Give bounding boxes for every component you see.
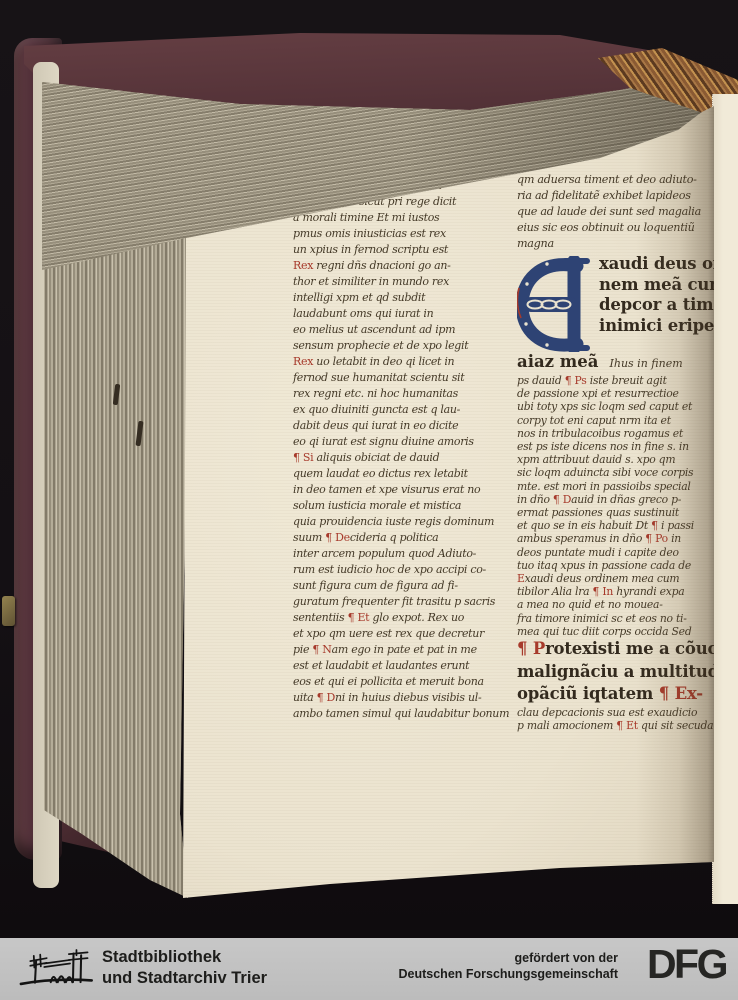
manuscript-text-line: rex regni etc. ni hoc humanitas: [293, 386, 489, 402]
psalm-continuation-line: aiaz meã Ihus in finem: [517, 352, 717, 374]
brass-clasp-remnant: [2, 596, 15, 626]
manuscript-text-line: est et laudabit et laudantes erunt: [293, 658, 489, 674]
manuscript-text-line: Rex regni dñs dnacioni go an-: [293, 258, 489, 274]
manuscript-text-line: solum iusticia morale et mistica: [293, 498, 489, 514]
funding-credit: gefördert von der Deutschen Forschungsge…: [399, 951, 619, 982]
psalm-large-line: opãciũ iqtatem ¶ Ex-: [517, 683, 717, 706]
manuscript-text-line: ¶ Si aliquis obiciat de dauid: [293, 450, 489, 466]
library-name-line2: und Stadtarchiv Trier: [102, 968, 267, 989]
manuscript-text-line: sunt figura cum de figura ad fi-: [293, 578, 489, 594]
manuscript-text-line: a morali timine Et mi iustos: [293, 210, 489, 226]
manuscript-text-line: nos in tribulacoibus rogamus et: [517, 427, 717, 440]
manuscript-text-line: ria ad fidelitatẽ exhibet lapideos: [517, 188, 717, 204]
manuscript-text-line: rum est iudicio hoc de xpo accipi co-: [293, 562, 489, 578]
manuscript-text-line: eo qi iurat est signu diuine amoris: [293, 434, 489, 450]
manuscript-text-line: ps dauid ¶ Ps iste breuit agit: [517, 374, 717, 387]
manuscript-text-line: ubi toty xps sic loqm sed caput et: [517, 400, 717, 413]
manuscript-text-line: ambus speramus in dño ¶ Po in: [517, 532, 717, 545]
library-name: Stadtbibliothek und Stadtarchiv Trier: [102, 947, 267, 988]
manuscript-text-line: un xpius in fernod scriptu est: [293, 242, 489, 258]
manuscript-text-line: eos et qui ei pollicita et meruit bona: [293, 674, 489, 690]
manuscript-text-line: pmus omis iniusticias est rex: [293, 226, 489, 242]
gloss-text: Ihus in finem: [610, 357, 683, 370]
manuscript-text-line: ex quo diuiniti guncta est q lau-: [293, 402, 489, 418]
manuscript-text-line: a mea no quid et no mouea-: [517, 598, 717, 611]
manuscript-text-line: eo melius ut ascendunt ad ipm: [293, 322, 489, 338]
psalm-large-line: malignãciu a multitudie: [517, 661, 717, 684]
manuscript-text-line: corpy tot eni caput nrm ita et: [517, 414, 717, 427]
manuscript-text-line: deos puntate mudi i capite deo: [517, 546, 717, 559]
facing-page-sliver: [712, 94, 738, 904]
manuscript-text-line: sensum prophecie et de xpo legit: [293, 338, 489, 354]
psalm-large-line: ¶ Protexisti me a cõuctu: [517, 638, 717, 661]
manuscript-text-line: et quo se in eis habuit Dt ¶ i passi: [517, 519, 717, 532]
manuscript-text-line: fernod sue humanitat scientu sit: [293, 370, 489, 386]
manuscript-text-line: in deo tamen et xpe visurus erat no: [293, 482, 489, 498]
manuscript-text-line: Rex uo letabit in deo qi licet in: [293, 354, 489, 370]
manuscript-text-line: qm aduersa timent et deo adiuto-: [517, 172, 717, 188]
right-text-column: qm aduersa timent et deo adiuto-ria ad f…: [517, 172, 717, 732]
manuscript-text-line: sententiis ¶ Et glo expot. Rex uo: [293, 610, 489, 626]
manuscript-text-line: intelligi xpm et qd subdit: [293, 290, 489, 306]
funding-line1: gefördert von der: [399, 951, 619, 967]
manuscript-text-line: clau depcacionis sua est exaudicio: [517, 706, 717, 719]
psalm-text: aiaz meã: [517, 352, 598, 371]
psalm-verse-block: ¶ Protexisti me a cõuctumalignãciu a mul…: [517, 638, 717, 706]
manuscript-text-line: mea qui tuc diit corps occida Sed: [517, 625, 717, 638]
manuscript-text-line: thor et similiter in mundo rex: [293, 274, 489, 290]
left-text-column: politico ¶ Salus pm q sup ex-peditum est…: [293, 178, 489, 722]
footer-banner: Stadtbibliothek und Stadtarchiv Trier ge…: [0, 938, 738, 1000]
manuscript-text-line: que ad laude dei sunt sed magalia: [517, 204, 717, 220]
manuscript-text-line: uita ¶ Dni in huius diebus visibis ul-: [293, 690, 489, 706]
manuscript-text-line: sic loqm aduincta sibi voce corpis: [517, 466, 717, 479]
manuscript-text-line: laudabunt oms qui iurat in: [293, 306, 489, 322]
manuscript-text-line: in dño ¶ Dauid in dñas greco p-: [517, 493, 717, 506]
manuscript-text-line: pie ¶ Nam ego in pate et pat in me: [293, 642, 489, 658]
manuscript-text-line: mte. est mori in passioibs special: [517, 480, 717, 493]
manuscript-text-line: suum ¶ Decideria q politica: [293, 530, 489, 546]
manuscript-text-line: inter arcem populum quod Adiuto-: [293, 546, 489, 562]
manuscript-text-line: quia prouidencia iuste regis dominum: [293, 514, 489, 530]
illuminated-initial-E: [517, 256, 595, 352]
psalm-opening-block: xaudi deus oronem meã cumdepcor a timoei…: [517, 254, 717, 352]
manuscript-text-line: fra timore inimici sc et eos no ti-: [517, 612, 717, 625]
manuscript-text-line: eius sic eos obtinuit ou loquentiũ: [517, 220, 717, 236]
commentary-intro-block: qm aduersa timent et deo adiuto-ria ad f…: [517, 172, 717, 252]
manuscript-text-line: xpm attribuut dauid s. xpo qm: [517, 453, 717, 466]
manuscript-text-line: et xpo qm uere est rex que decretur: [293, 626, 489, 642]
manuscript-text-line: Exaudi deus ordinem mea cum: [517, 572, 717, 585]
manuscript-text-line: ermat passiones quas sustinuit: [517, 506, 717, 519]
manuscript-text-line: est ps iste dicens nos in fine s. in: [517, 440, 717, 453]
manuscript-photo: 563 politico ¶ Salus pm q sup ex-peditum…: [0, 0, 738, 1000]
closing-block: clau depcacionis sua est exaudiciop mali…: [517, 706, 717, 732]
manuscript-text-line: tibilor Alia lra ¶ In hyrandi expa: [517, 585, 717, 598]
manuscript-text-line: de passione xpi et resurrectioe: [517, 387, 717, 400]
dfg-logo: DFG: [647, 941, 726, 988]
manuscript-text-line: dabit deus qui iurat in eo dicite: [293, 418, 489, 434]
commentary-block: ps dauid ¶ Ps iste breuit agitde passion…: [517, 374, 717, 638]
manuscript-text-line: ambo tamen simul qui laudabitur bonum: [293, 706, 489, 722]
manuscript-text-line: tuo itaq xpus in passione cada de: [517, 559, 717, 572]
manuscript-text-line: guratum frequenter fit trasitu p sacris: [293, 594, 489, 610]
manuscript-text-line: quem laudat eo dictus rex letabit: [293, 466, 489, 482]
manuscript-text-line: magna: [517, 236, 717, 252]
funding-line2: Deutschen Forschungsgemeinschaft: [399, 967, 619, 983]
stadtbibliothek-porta-nigra-logo-icon: [18, 942, 94, 996]
library-name-line1: Stadtbibliothek: [102, 947, 267, 968]
manuscript-text-line: p mali amocionem ¶ Et qui sit secuda: [517, 719, 717, 732]
